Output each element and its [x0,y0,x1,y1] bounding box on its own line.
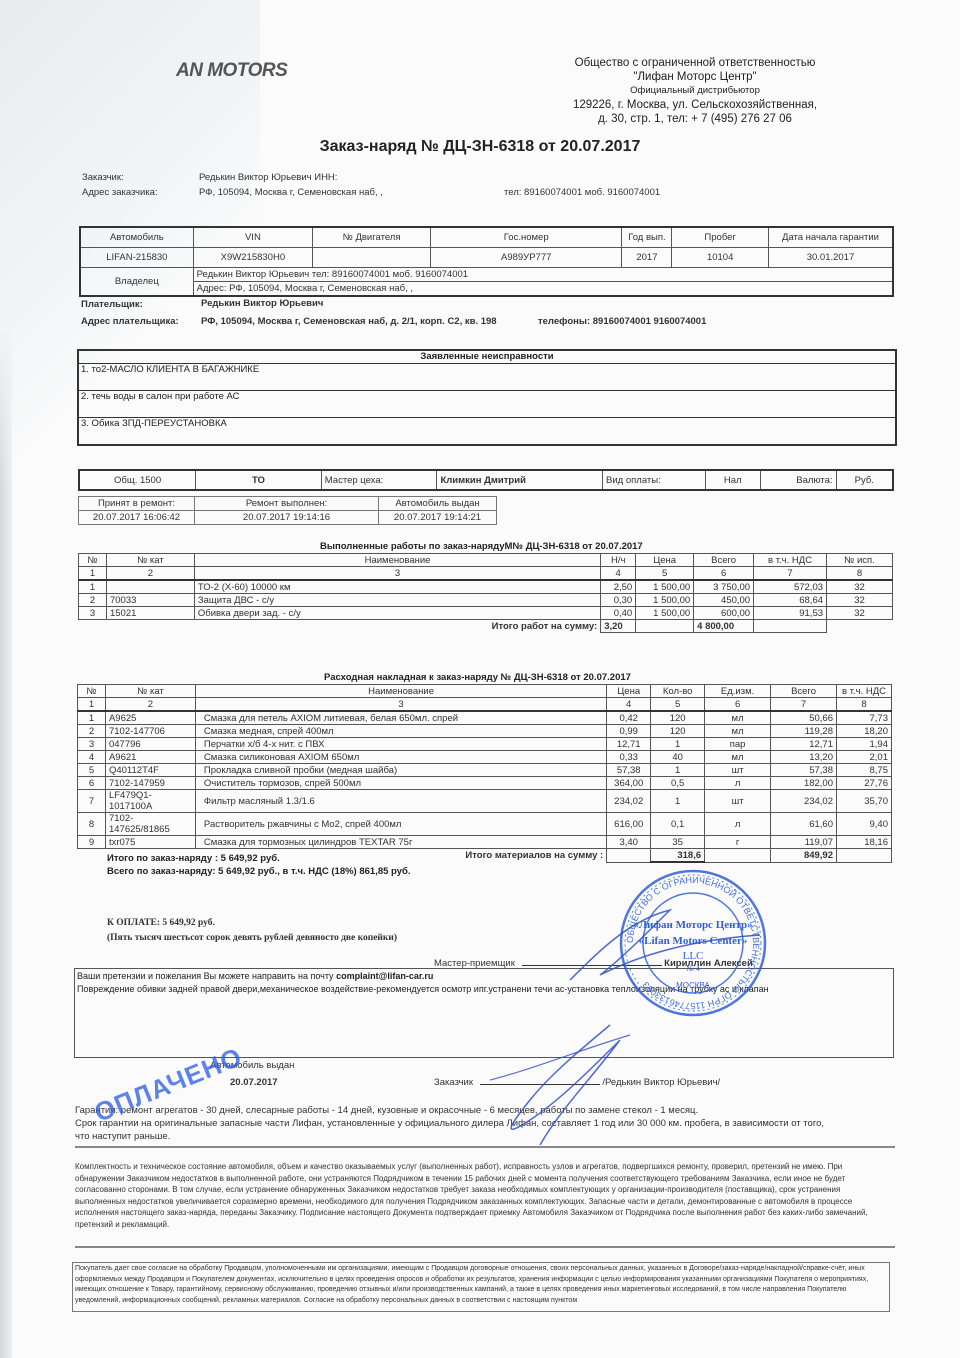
column-number: 2 [105,698,195,712]
vat: 8,75 [837,764,892,777]
column-number: 4 [607,698,651,712]
column-number: 3 [194,567,600,581]
vat: 18,16 [837,836,892,849]
table-row: 1ТО-2 (Х-60) 10000 км2,501 500,003 750,0… [79,580,893,594]
vehicle-year: 2017 [622,248,672,268]
amount-due: К ОПЛАТЕ: 5 649,92 руб. (Пять тысяч шест… [107,916,397,946]
vehicle-vin: X9W215830H0 [193,248,313,268]
unit: мл [705,711,771,725]
total: 50,66 [771,711,837,725]
column-header: Цена [607,685,651,698]
vat: 1,94 [837,738,892,751]
order-subtotal: Итого по заказ-наряду : 5 649,92 руб. [107,852,411,865]
table-row: 270033Защита ДВС - с/у0,301 500,00450,00… [79,594,893,607]
unit: г [705,836,771,849]
customer-signature-line [480,1084,600,1085]
total: 12,71 [771,738,837,751]
vehicle-header: Год вып. [622,227,672,248]
works-title: Выполненные работы по заказ-нарядуМ№ ДЦ-… [320,541,643,552]
amount-due-value: К ОПЛАТЕ: 5 649,92 руб. [107,916,397,931]
norm-hours: 0,30 [601,594,636,607]
works-total-sum: 4 800,00 [694,620,754,633]
column-number: 5 [636,567,694,581]
vehicle-warranty-start: 30.01.2017 [768,248,893,268]
materials-colnum-row: 12345678 [78,698,892,712]
payer-value: Редькин Виктор Юрьевич [201,298,323,309]
company-line: 129226, г. Москва, ул. Сельскохозяйствен… [560,98,830,112]
done-label: Ремонт выполнен: [195,497,379,511]
vehicle-header: Автомобиль [80,227,193,248]
catalog-number: 70033 [106,594,194,607]
vat: 91,53 [754,607,827,620]
vat: 68,64 [754,594,827,607]
row-number: 9 [78,836,106,849]
total: 450,00 [694,594,754,607]
quantity: 35 [651,836,705,849]
row-number: 1 [79,580,107,594]
claims-prefix: Ваши претензии и пожелания Вы можете нап… [77,971,336,981]
price: 12,71 [607,738,651,751]
customer-label: Заказчик: [82,172,124,183]
row-number: 4 [78,751,106,764]
material-name: Смазка для петель AXIOM литиевая, белая … [195,711,606,725]
payer-phones: телефоны: 89160074001 9160074001 [538,316,706,327]
price: 1 500,00 [636,607,694,620]
stamp-name-ru: «Лифан Моторс Центр» [633,919,752,931]
vat: 27,76 [837,777,892,790]
material-name: Смазка медная, спрей 400мл [195,725,606,738]
works-total-row: Итого работ на сумму:3,204 800,00 [79,620,893,633]
price: 0,42 [607,711,651,725]
catalog-number: LF479Q1-1017100A [105,790,195,813]
row-number: 2 [78,725,106,738]
total: 119,28 [771,725,837,738]
works-header-row: №№ катНаименованиеН/чЦенаВсегов т.ч. НДС… [79,554,893,567]
issued-value: 20.07.2017 19:14:21 [379,511,497,525]
company-line: Официальный дистрибьютор [560,84,830,98]
column-header: Всего [694,554,754,567]
order-info-table: Общ. 1500 ТО Мастер цеха: Климкин Дмитри… [78,469,894,491]
empty-cell [607,849,651,863]
column-header: № [78,685,106,698]
vehicle-value-row: LIFAN-215830 X9W215830H0 А989УР777 2017 … [80,248,893,268]
row-number: 8 [78,813,106,836]
vat: 2,01 [837,751,892,764]
column-header: № [79,554,107,567]
quantity: 0,5 [651,777,705,790]
defect-item: 3. Обика ЗПД-ПЕРЕУСТАНОВКА [79,418,895,444]
total: 61,60 [771,813,837,836]
stamp-name-en: «Lifan Motors Center» [639,935,748,947]
order-total-vat: Всего по заказ-наряду: 5 649,92 руб., в … [107,865,411,878]
row-number: 5 [78,764,106,777]
vehicle-header: Гос.номер [430,227,621,248]
unit: мл [705,725,771,738]
customer-phones: тел: 89160074001 моб. 9160074001 [504,187,660,198]
column-header: Всего [771,685,837,698]
materials-table: №№ катНаименованиеЦенаКол-воЕд.изм.Всего… [77,684,892,863]
vehicle-table: Автомобиль VIN № Двигателя Гос.номер Год… [79,226,894,297]
total: 119,07 [771,836,837,849]
total: 182,00 [771,777,837,790]
works-colnum-row: 12345678 [79,567,893,581]
column-number: 5 [651,698,705,712]
work-name: ТО-2 (Х-60) 10000 км [194,580,600,594]
claims-box: Ваши претензии и пожелания Вы можете нап… [74,968,894,1058]
defects-title: Заявленные неисправности [79,351,895,364]
unit: л [705,813,771,836]
unit: шт [705,790,771,813]
received-label: Принят в ремонт: [79,497,195,511]
price: 1 500,00 [636,580,694,594]
column-number: 2 [106,567,194,581]
works-total-hours: 3,20 [601,620,636,633]
catalog-number: txr075 [105,836,195,849]
total: 3 750,00 [694,580,754,594]
row-number: 7 [78,790,106,813]
vehicle-plate: А989УР777 [430,248,621,268]
currency-value: Руб. [836,470,893,490]
catalog-number: 047796 [105,738,195,751]
price: 0,33 [607,751,651,764]
amount-due-words: (Пять тысяч шестьсот сорок девять рублей… [107,931,397,946]
payer-address-value: РФ, 105094, Москва г, Семеновская наб, д… [201,316,497,327]
column-number: 7 [754,567,827,581]
row-number: 6 [78,777,106,790]
catalog-number: 7102-147959 [105,777,195,790]
catalog-number: 15021 [106,607,194,620]
row-number: 2 [79,594,107,607]
quantity: 120 [651,725,705,738]
column-header: № кат [106,554,194,567]
vat: 7,73 [837,711,892,725]
column-header: Наименование [195,685,606,698]
divider [75,1146,895,1148]
customer-value: Редькин Виктор Юрьевич ИНН: [199,172,337,183]
catalog-number: A9625 [105,711,195,725]
column-header: в т.ч. НДС [837,685,892,698]
works-table: №№ катНаименованиеН/чЦенаВсегов т.ч. НДС… [78,553,893,633]
materials-title: Расходная накладная к заказ-наряду № ДЦ-… [324,672,631,683]
warranty-line: Гарантия: ремонт агрегатов - 30 дней, сл… [75,1104,835,1117]
car-issued-date: 20.07.2017 [230,1077,278,1088]
order-type: Общ. 1500 [79,470,196,490]
done-value: 20.07.2017 19:14:16 [195,511,379,525]
materials-total-sum: 849,92 [771,849,837,863]
column-header: Ед.изм. [705,685,771,698]
page-title: Заказ-наряд № ДЦ-ЗН-6318 от 20.07.2017 [0,138,960,156]
work-name: Обивка двери зад. - с/у [194,607,600,620]
order-kind: ТО [196,470,322,490]
quantity: 0,1 [651,813,705,836]
material-name: Смазка для тормозных цилиндров TEXTAR 75… [195,836,606,849]
works-total-label: Итого работ на сумму: [79,620,601,633]
column-header: № исп. [827,554,893,567]
stamp-city: МОСКВА [676,981,710,990]
table-row: 315021Обивка двери зад. - с/у0,401 500,0… [79,607,893,620]
quantity: 1 [651,764,705,777]
quantity: 1 [651,790,705,813]
executor-number: 32 [827,607,893,620]
owner-address: Адрес: РФ, 105094, Москва г, Семеновская… [193,282,893,297]
material-name: Фильтр масляный 1.3/1.6 [195,790,606,813]
payment-value: Нал [705,470,760,490]
vehicle-header: № Двигателя [313,227,431,248]
claims-note: Повреждение обивки задней правой двери,м… [77,983,891,996]
stamp-number: № 4 [686,964,700,973]
catalog-number: A9621 [105,751,195,764]
warranty-line: Срок гарантии на оригинальные запасные ч… [75,1117,835,1143]
defect-item: 2. течь воды в салон при работе АС [79,391,895,418]
material-name: Смазка силиконовая AXIOM 650мл [195,751,606,764]
price: 234,02 [607,790,651,813]
price: 1 500,00 [636,594,694,607]
owner-row: Владелец Редькин Виктор Юрьевич тел: 891… [80,268,893,282]
table-row: 27102-147706Смазка медная, спрей 400мл0,… [78,725,892,738]
company-logo: AN MOTORS [176,60,287,82]
vat: 18,20 [837,725,892,738]
price: 364,00 [607,777,651,790]
quantity: 40 [651,751,705,764]
material-name: Растворитель ржавчины с Mo2, спрей 400мл [195,813,606,836]
empty-cell [754,620,827,633]
price: 0,99 [607,725,651,738]
currency-label: Валюта: [760,470,836,490]
company-line: Общество с ограниченной ответственностью [560,56,830,70]
column-header: № кат [105,685,195,698]
vehicle-model: LIFAN-215830 [80,248,193,268]
norm-hours: 2,50 [601,580,636,594]
vat: 572,03 [754,580,827,594]
customer-address-value: РФ, 105094, Москва г, Семеновская наб, , [199,187,383,198]
materials-header-row: №№ катНаименованиеЦенаКол-воЕд.изм.Всего… [78,685,892,698]
customer-sign-name: /Редькин Виктор Юрьевич/ [602,1077,720,1088]
row-number: 1 [78,711,106,725]
catalog-number: Q40112T4F [105,764,195,777]
table-row: 1A9625Смазка для петель AXIOM литиевая, … [78,711,892,725]
price: 3,40 [607,836,651,849]
legal-text: Комплектность и техническое состояние ав… [75,1161,885,1230]
unit: шт [705,764,771,777]
unit: пар [705,738,771,751]
customer-sign-label: Заказчик [434,1077,473,1088]
table-row: 7LF479Q1-1017100AФильтр масляный 1.3/1.6… [78,790,892,813]
total: 234,02 [771,790,837,813]
claims-line: Ваши претензии и пожелания Вы можете нап… [77,970,891,983]
received-value: 20.07.2017 16:06:42 [79,511,195,525]
norm-hours: 0,40 [601,607,636,620]
total: 13,20 [771,751,837,764]
table-row: 9txr075Смазка для тормозных цилиндров TE… [78,836,892,849]
payer-address-label: Адрес плательщика: [81,316,179,327]
column-number: 4 [601,567,636,581]
work-name: Защита ДВС - с/у [194,594,600,607]
owner-address-row: Адрес: РФ, 105094, Москва г, Семеновская… [80,282,893,297]
column-number: 1 [79,567,107,581]
unit: л [705,777,771,790]
column-number: 8 [827,567,893,581]
material-name: Прокладка сливной пробки (медная шайба) [195,764,606,777]
materials-total-qty: 318,6 [651,849,705,863]
catalog-number [106,580,194,594]
defects-box: Заявленные неисправности 1. то2-МАСЛО КЛ… [77,349,897,446]
column-number: 1 [78,698,106,712]
executor-number: 32 [827,580,893,594]
payer-label: Плательщик: [81,299,143,310]
stamp-llc: LLC [683,950,704,962]
table-row: 87102-147625/81865Растворитель ржавчины … [78,813,892,836]
company-info: Общество с ограниченной ответственностью… [560,56,830,126]
column-header: Наименование [194,554,600,567]
table-row: 4A9621Смазка силиконовая AXIOM 650мл0,33… [78,751,892,764]
empty-cell [827,620,893,633]
vat: 35,70 [837,790,892,813]
material-name: Перчатки х/б 4-х нит. с ПВХ [195,738,606,751]
vehicle-header: Дата начала гарантии [768,227,893,248]
customer-signature: Заказчик /Редькин Виктор Юрьевич/ [434,1077,720,1088]
column-header: Н/ч [601,554,636,567]
table-row: 3047796Перчатки х/б 4-х нит. с ПВХ12,711… [78,738,892,751]
order-totals: Итого по заказ-наряду : 5 649,92 руб. Вс… [107,852,411,878]
vehicle-header: VIN [193,227,313,248]
master-label: Мастер цеха: [321,470,437,490]
divider [75,1246,895,1248]
empty-cell [837,849,892,863]
empty-cell [636,620,694,633]
vehicle-mileage: 10104 [672,248,769,268]
issued-label: Автомобиль выдан [379,497,497,511]
warranty-text: Гарантия: ремонт агрегатов - 30 дней, сл… [75,1104,835,1143]
dates-table: Принят в ремонт: Ремонт выполнен: Автомо… [78,496,497,525]
price: 57,38 [607,764,651,777]
vehicle-header: Пробег [672,227,769,248]
column-number: 8 [837,698,892,712]
column-header: Кол-во [651,685,705,698]
payment-label: Вид оплаты: [603,470,706,490]
company-round-stamp: ОБЩЕСТВО С ОГРАНИЧЕННОЙ ОТВЕТСТВЕННОСТЬЮ… [618,868,768,1018]
vat: 9,40 [837,813,892,836]
consent-box: Покупатель дает свое согласие на обработ… [72,1262,890,1312]
catalog-number: 7102-147706 [105,725,195,738]
column-number: 7 [771,698,837,712]
table-row: 5Q40112T4FПрокладка сливной пробки (медн… [78,764,892,777]
column-header: Цена [636,554,694,567]
total: 600,00 [694,607,754,620]
company-line: "Лифан Моторс Центр" [560,70,830,84]
master-value: Климкин Дмитрий [437,470,603,490]
price: 616,00 [607,813,651,836]
vehicle-header-row: Автомобиль VIN № Двигателя Гос.номер Год… [80,227,893,248]
table-row: 67102-147959Очиститель тормозов, спрей 5… [78,777,892,790]
executor-number: 32 [827,594,893,607]
complaint-email-link[interactable]: complaint@lifan-car.ru [336,971,433,981]
column-number: 3 [195,698,606,712]
quantity: 120 [651,711,705,725]
row-number: 3 [78,738,106,751]
catalog-number: 7102-147625/81865 [105,813,195,836]
total: 57,38 [771,764,837,777]
empty-cell [705,849,771,863]
column-number: 6 [705,698,771,712]
unit: мл [705,751,771,764]
column-header: в т.ч. НДС [754,554,827,567]
owner-label: Владелец [80,268,193,297]
row-number: 3 [79,607,107,620]
owner-contacts: Редькин Виктор Юрьевич тел: 89160074001 … [193,268,893,282]
defect-item: 1. то2-МАСЛО КЛИЕНТА В БАГАЖНИКЕ [79,364,895,391]
customer-address-label: Адрес заказчика: [82,187,158,198]
vehicle-engine [313,248,431,268]
quantity: 1 [651,738,705,751]
column-number: 6 [694,567,754,581]
company-line: д. 30, стр. 1, тел: + 7 (495) 276 27 06 [560,112,830,126]
material-name: Очиститель тормозов, спрей 500мл [195,777,606,790]
